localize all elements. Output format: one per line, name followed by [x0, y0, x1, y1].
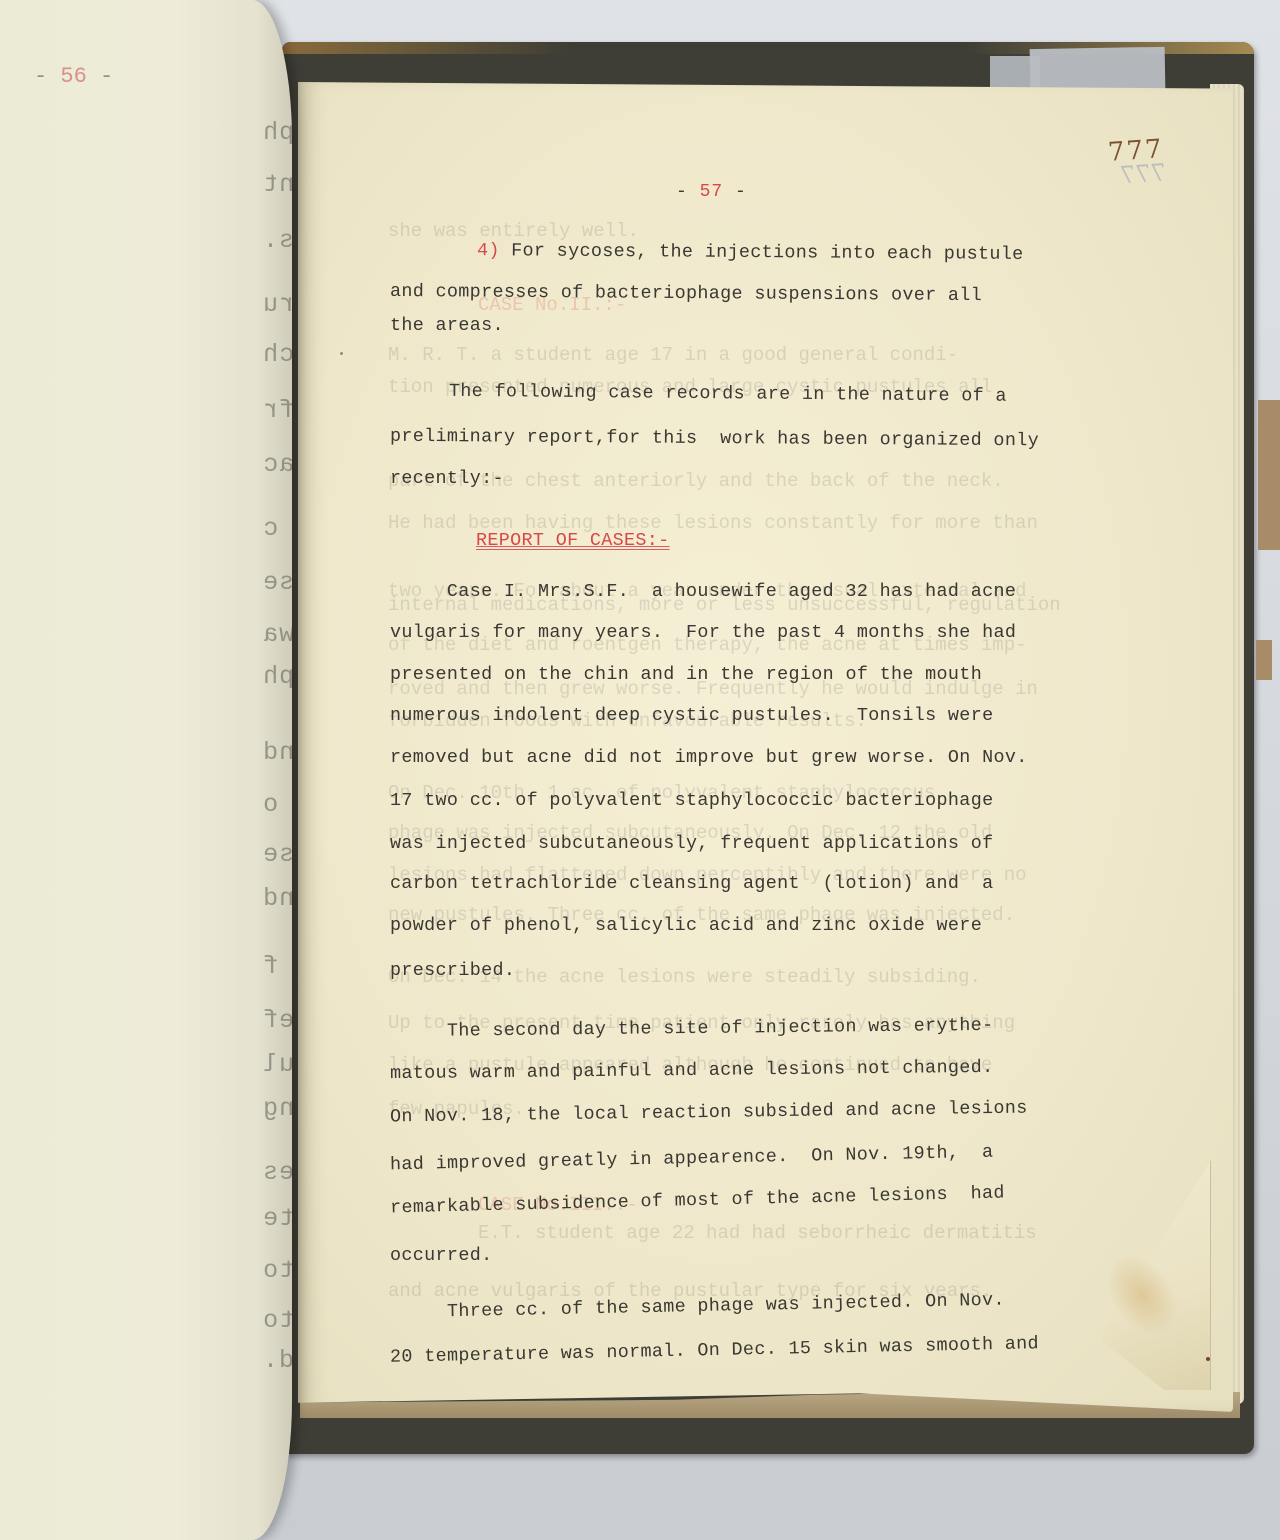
case-1-line: 17 two cc. of polyvalent staphylococcic … — [390, 790, 993, 811]
tape-strip — [1030, 47, 1166, 93]
left-line: ily effective against staph — [262, 118, 292, 147]
case-1-line: vulgaris for many years. For the past 4 … — [390, 622, 1016, 643]
item-4-line-text: For sycoses, the injections into each pu… — [500, 240, 1024, 265]
left-line: t should be filtered and — [262, 884, 292, 913]
left-line: njected in the immediate — [262, 1204, 292, 1233]
left-line: 1) first one should use — [262, 840, 292, 869]
left-line: h an interval of not long — [262, 1094, 292, 1123]
case-1-line: Case I. Mrs.S.F. a housewife aged 32 has… — [390, 581, 1016, 602]
left-page: - 56 - ily effective against staph lli a… — [0, 0, 292, 1540]
item-4-line: 4) For sycoses, the injections into each… — [477, 240, 1024, 265]
left-line: ised. — [262, 1346, 292, 1375]
left-line: lied in compresses. — [262, 226, 292, 255]
left-line: In all but one of his c — [262, 514, 292, 543]
item-4-line: the areas. — [390, 315, 504, 336]
case-1-line: was injected subcutaneously, frequent ap… — [390, 833, 993, 854]
left-line: l to the treatment. He use — [262, 568, 292, 597]
left-line: lli and pyocyaneus when int — [262, 170, 292, 199]
page-number-value: 57 — [700, 182, 724, 202]
left-line: r the proper carrying out o — [262, 790, 292, 819]
left-line: The following recommend — [262, 738, 292, 767]
page-number-dash-right: - — [735, 182, 747, 202]
case-1-line: presented on the chin and in the region … — [390, 664, 982, 685]
case-1-line: powder of phenol, salicylic acid and zin… — [390, 915, 982, 936]
ink-speck — [1206, 1357, 1210, 1361]
case-1-line: carbon tetrachloride cleansing agent (lo… — [390, 873, 993, 894]
left-line: ylobacteriophage which wa — [262, 620, 292, 649]
case-1-line: removed but acne did not improve but gre… — [390, 747, 1028, 768]
section-heading-report-of-cases: REPORT OF CASES:- — [476, 530, 670, 551]
handwritten-folio-number: 777 — [1107, 134, 1165, 168]
intro-line: recently:- — [390, 468, 504, 489]
item-4-line: and compresses of bacteriophage suspensi… — [390, 281, 982, 306]
left-line: zen. The injection shoul — [262, 1050, 292, 1079]
left-line: cc. subcutaneously, pref — [262, 1006, 292, 1035]
case-1-line: numerous indolent deep cystic pustules. … — [390, 705, 993, 726]
left-line: of 150 strains of staph — [262, 662, 292, 691]
left-page-mirrored-text: ily effective against staph lli and pyoc… — [0, 0, 292, 1540]
left-line: They felt that polyviru — [262, 290, 292, 319]
page-number-dash-left: - — [676, 182, 688, 202]
left-line: e in sixty six cases of ac — [262, 450, 292, 479]
left-line: e the lesion from 0.25 to — [262, 1306, 292, 1335]
left-line: rted favourable results fr — [262, 396, 292, 425]
item-4-marker: 4) — [477, 240, 500, 261]
left-line: tive. Larkum of the Mich — [262, 340, 292, 369]
left-line: on. If it is possible to — [262, 1256, 292, 1285]
left-line: 2) for furunculoses, f — [262, 952, 292, 981]
left-line: 3) For local abscesses — [262, 1158, 292, 1187]
paper-tab — [1256, 640, 1272, 680]
case-1-line: prescribed. — [390, 960, 515, 981]
page-number: - 57 - — [676, 182, 747, 202]
second-day-line: occurred. — [390, 1245, 492, 1266]
ink-speck — [340, 352, 343, 355]
paper-tab — [1258, 400, 1280, 550]
